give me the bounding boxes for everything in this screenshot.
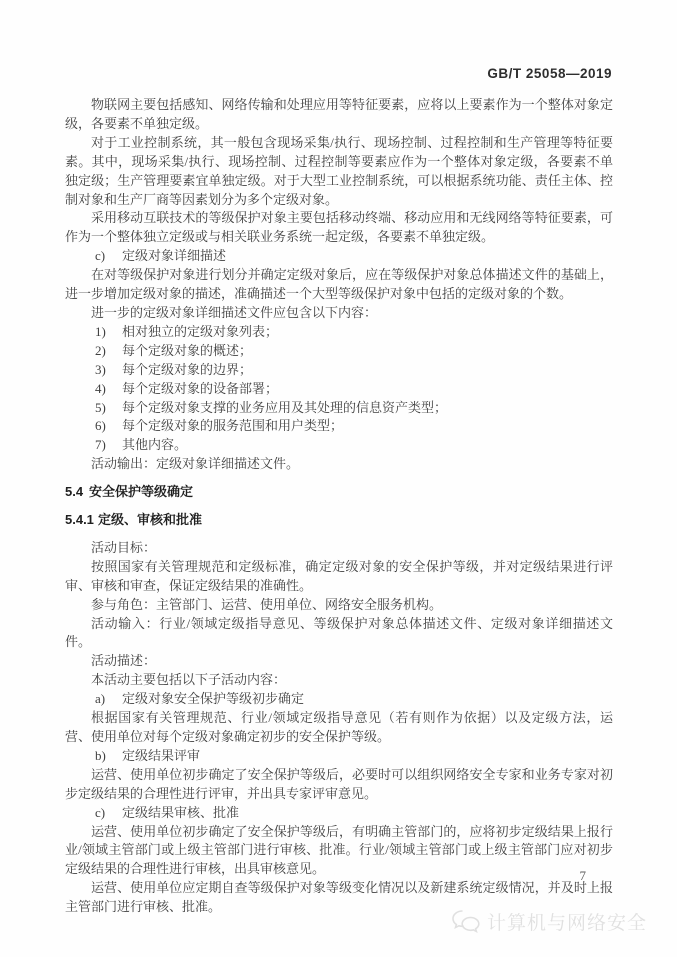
paragraph-roles: 参与角色：主管部门、运营、使用单位、网络安全服务机构。	[65, 596, 613, 615]
list-item-c-result-approval: c)定级结果审核、批准	[65, 804, 613, 823]
section-number: 5.4.1	[65, 511, 98, 530]
list-item-text: 定级结果审核、批准	[122, 805, 239, 820]
paragraph-industrial-control: 对于工业控制系统，其一般包含现场采集/执行、现场控制、过程控制和生产管理等特征要…	[65, 134, 613, 210]
list-item-label: 7)	[95, 436, 122, 455]
paragraph-result-approval: 运营、使用单位初步确定了安全保护等级后，有明确主管部门的，应将初步定级结果上报行…	[65, 823, 613, 880]
list-item-2: 2)每个定级对象的概述；	[65, 342, 613, 361]
list-item-label: a)	[95, 690, 122, 709]
list-item-text: 相对独立的定级对象列表；	[122, 324, 278, 339]
paragraph-iot: 物联网主要包括感知、网络传输和处理应用等特征要素，应将以上要素作为一个整体对象定…	[65, 96, 613, 134]
watermark-text: 计算机与网络安全	[487, 908, 647, 935]
paragraph-subactivity-intro: 本活动主要包括以下子活动内容：	[65, 671, 613, 690]
paragraph-object-division: 在对等级保护对象进行划分并确定定级对象后，应在等级保护对象总体描述文件的基础上，…	[65, 266, 613, 304]
paragraph-activity-output: 活动输出：定级对象详细描述文件。	[65, 455, 613, 474]
list-item-label: c)	[95, 247, 122, 266]
watermark: 计算机与网络安全	[451, 908, 647, 935]
list-item-label: 2)	[95, 342, 122, 361]
list-item-text: 定级对象详细描述	[122, 248, 226, 263]
list-item-3: 3)每个定级对象的边界；	[65, 361, 613, 380]
list-item-label: b)	[95, 747, 122, 766]
paragraph-activity-goal-label: 活动目标：	[65, 539, 613, 558]
list-item-c-detail-description: c)定级对象详细描述	[65, 247, 613, 266]
list-item-text: 每个定级对象的概述；	[122, 343, 252, 358]
list-item-a-initial-grading: a)定级对象安全保护等级初步确定	[65, 690, 613, 709]
chat-bubbles-icon	[451, 909, 481, 935]
list-item-text: 定级结果评审	[122, 748, 200, 763]
section-number: 5.4	[65, 483, 89, 502]
list-item-text: 每个定级对象的服务范围和用户类型；	[122, 418, 343, 433]
list-item-label: c)	[95, 804, 122, 823]
list-item-4: 4)每个定级对象的设备部署；	[65, 380, 613, 399]
list-item-text: 定级对象安全保护等级初步确定	[122, 691, 304, 706]
list-item-text: 每个定级对象支撑的业务应用及其处理的信息资产类型；	[122, 400, 447, 415]
list-item-6: 6)每个定级对象的服务范围和用户类型；	[65, 417, 613, 436]
section-heading-5-4: 5.4安全保护等级确定	[65, 483, 613, 502]
list-item-text: 每个定级对象的边界；	[122, 362, 252, 377]
section-heading-5-4-1: 5.4.1定级、审核和批准	[65, 511, 613, 530]
list-item-label: 3)	[95, 361, 122, 380]
section-title: 安全保护等级确定	[89, 484, 193, 499]
paragraph-initial-grading: 根据国家有关管理规范、行业/领域定级指导意见（若有则作为依据）以及定级方法，运营…	[65, 709, 613, 747]
list-item-label: 6)	[95, 417, 122, 436]
list-item-label: 1)	[95, 323, 122, 342]
page-number: 7	[580, 868, 587, 884]
list-item-b-result-review: b)定级结果评审	[65, 747, 613, 766]
list-item-text: 其他内容。	[122, 437, 187, 452]
standard-code: GB/T 25058—2019	[487, 66, 612, 81]
document-content: 物联网主要包括感知、网络传输和处理应用等特征要素，应将以上要素作为一个整体对象定…	[65, 96, 613, 917]
page-header: GB/T 25058—2019	[65, 66, 612, 81]
paragraph-result-review: 运营、使用单位初步确定了安全保护等级后，必要时可以组织网络安全专家和业务专家对初…	[65, 766, 613, 804]
paragraph-mobile: 采用移动互联技术的等级保护对象主要包括移动终端、移动应用和无线网络等特征要素，可…	[65, 209, 613, 247]
list-item-label: 5)	[95, 399, 122, 418]
list-item-text: 每个定级对象的设备部署；	[122, 381, 278, 396]
document-page: GB/T 25058—2019 物联网主要包括感知、网络传输和处理应用等特征要素…	[0, 0, 677, 957]
list-item-1: 1)相对独立的定级对象列表；	[65, 323, 613, 342]
paragraph-activity-goal: 按照国家有关管理规范和定级标准，确定定级对象的安全保护等级，并对定级结果进行评审…	[65, 558, 613, 596]
list-item-5: 5)每个定级对象支撑的业务应用及其处理的信息资产类型；	[65, 399, 613, 418]
list-item-7: 7)其他内容。	[65, 436, 613, 455]
section-title: 定级、审核和批准	[98, 512, 202, 527]
paragraph-activity-input: 活动输入：行业/领域定级指导意见、等级保护对象总体描述文件、定级对象详细描述文件…	[65, 615, 613, 653]
paragraph-activity-description-label: 活动描述：	[65, 652, 613, 671]
list-item-label: 4)	[95, 380, 122, 399]
paragraph-list-intro: 进一步的定级对象详细描述文件应包含以下内容：	[65, 304, 613, 323]
